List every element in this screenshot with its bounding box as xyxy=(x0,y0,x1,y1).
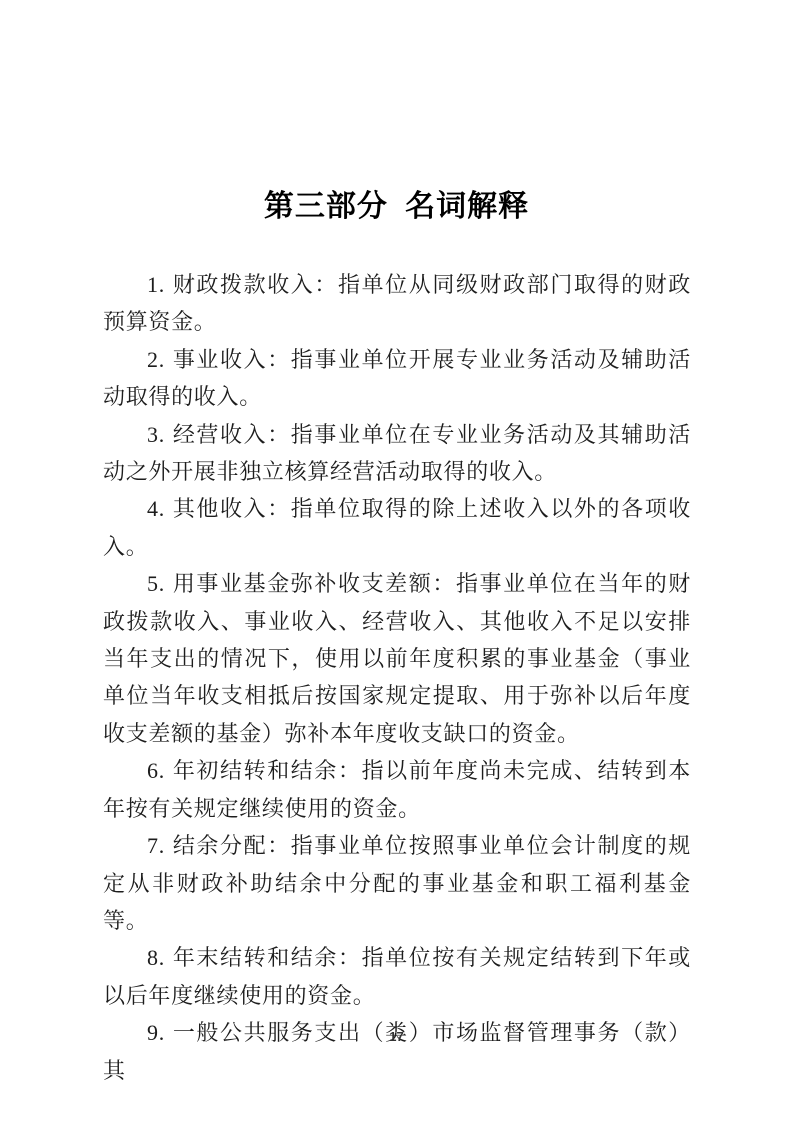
term-paragraph-9: 9.一般公共服务支出（类）市场监督管理事务（款）其 xyxy=(103,1014,691,1089)
term-number: 7. xyxy=(147,833,165,858)
term-number: 5. xyxy=(147,571,165,596)
term-number: 8. xyxy=(147,945,165,970)
page-number: 17 xyxy=(0,1029,793,1044)
term-colon: ： xyxy=(338,945,362,970)
document-page: 第三部分 名词解释 1.财政拨款收入：指单位从同级财政部门取得的财政预算资金。 … xyxy=(0,0,793,1122)
term-name: 经营收入 xyxy=(172,422,267,447)
term-paragraph-8: 8.年末结转和结余：指单位按有关规定结转到下年或以后年度继续使用的资金。 xyxy=(103,939,691,1014)
term-number: 1. xyxy=(147,272,165,297)
term-colon: ： xyxy=(267,422,291,447)
term-name: 其他收入 xyxy=(172,496,267,521)
term-number: 4. xyxy=(147,496,165,521)
term-number: 2. xyxy=(147,347,165,372)
term-colon: ： xyxy=(267,833,291,858)
term-definition: 指事业单位在当年的财政拨款收入、事业收入、经营收入、其他收入不足以安排当年支出的… xyxy=(103,571,691,746)
page-title: 第三部分 名词解释 xyxy=(21,181,772,225)
term-name: 用事业基金弥补收支差额 xyxy=(172,571,432,596)
term-paragraph-1: 1.财政拨款收入：指单位从同级财政部门取得的财政预算资金。 xyxy=(103,266,691,341)
term-name: 事业收入 xyxy=(172,347,267,372)
term-name: 年初结转和结余 xyxy=(172,758,338,783)
term-colon: ： xyxy=(314,272,338,297)
term-paragraph-2: 2.事业收入：指事业单位开展专业业务活动及辅助活动取得的收入。 xyxy=(103,341,691,416)
term-number: 6. xyxy=(147,758,165,783)
term-paragraph-4: 4.其他收入：指单位取得的除上述收入以外的各项收入。 xyxy=(103,490,691,565)
term-paragraph-7: 7.结余分配：指事业单位按照事业单位会计制度的规定从非财政补助结余中分配的事业基… xyxy=(103,827,691,939)
term-colon: ： xyxy=(267,347,291,372)
term-number: 3. xyxy=(147,422,165,447)
term-paragraph-3: 3.经营收入：指事业单位在专业业务活动及其辅助活动之外开展非独立核算经营活动取得… xyxy=(103,416,691,491)
term-colon: ： xyxy=(432,571,456,596)
term-name: 结余分配 xyxy=(172,833,267,858)
term-colon: ： xyxy=(338,758,362,783)
term-name: 年末结转和结余 xyxy=(172,945,338,970)
terms-section: 1.财政拨款收入：指单位从同级财政部门取得的财政预算资金。 2.事业收入：指事业… xyxy=(103,266,691,1089)
term-paragraph-6: 6.年初结转和结余：指以前年度尚未完成、结转到本年按有关规定继续使用的资金。 xyxy=(103,752,691,827)
term-colon: ： xyxy=(267,496,291,521)
term-name: 财政拨款收入 xyxy=(172,272,314,297)
term-paragraph-5: 5.用事业基金弥补收支差额：指事业单位在当年的财政拨款收入、事业收入、经营收入、… xyxy=(103,565,691,752)
